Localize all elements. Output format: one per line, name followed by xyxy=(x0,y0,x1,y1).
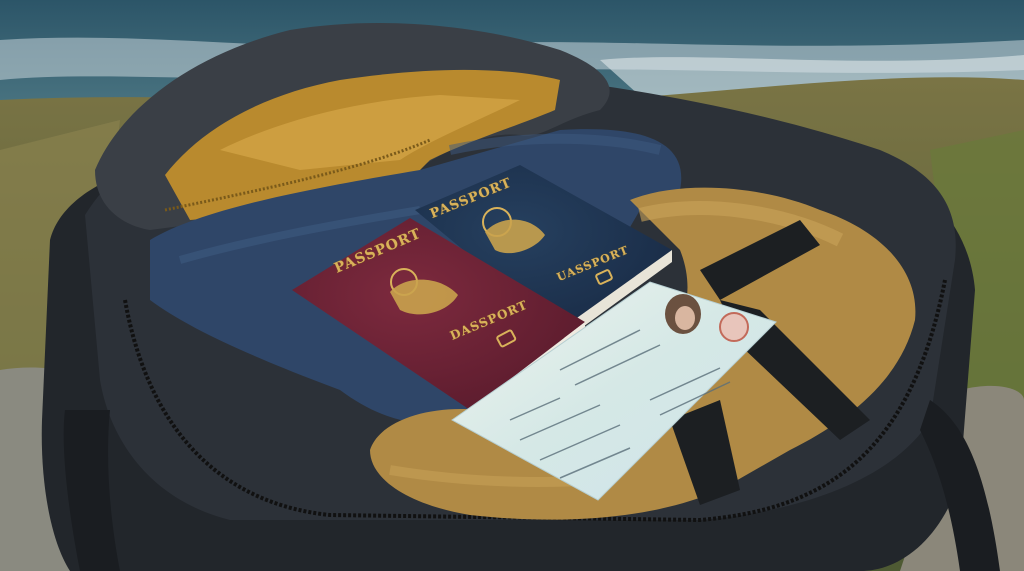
photo-scene: PASSPORT DASSPORT PASSPORT UASSPORT xyxy=(0,0,1024,571)
id-stamp xyxy=(720,313,748,341)
backpack-illustration xyxy=(0,0,1024,571)
